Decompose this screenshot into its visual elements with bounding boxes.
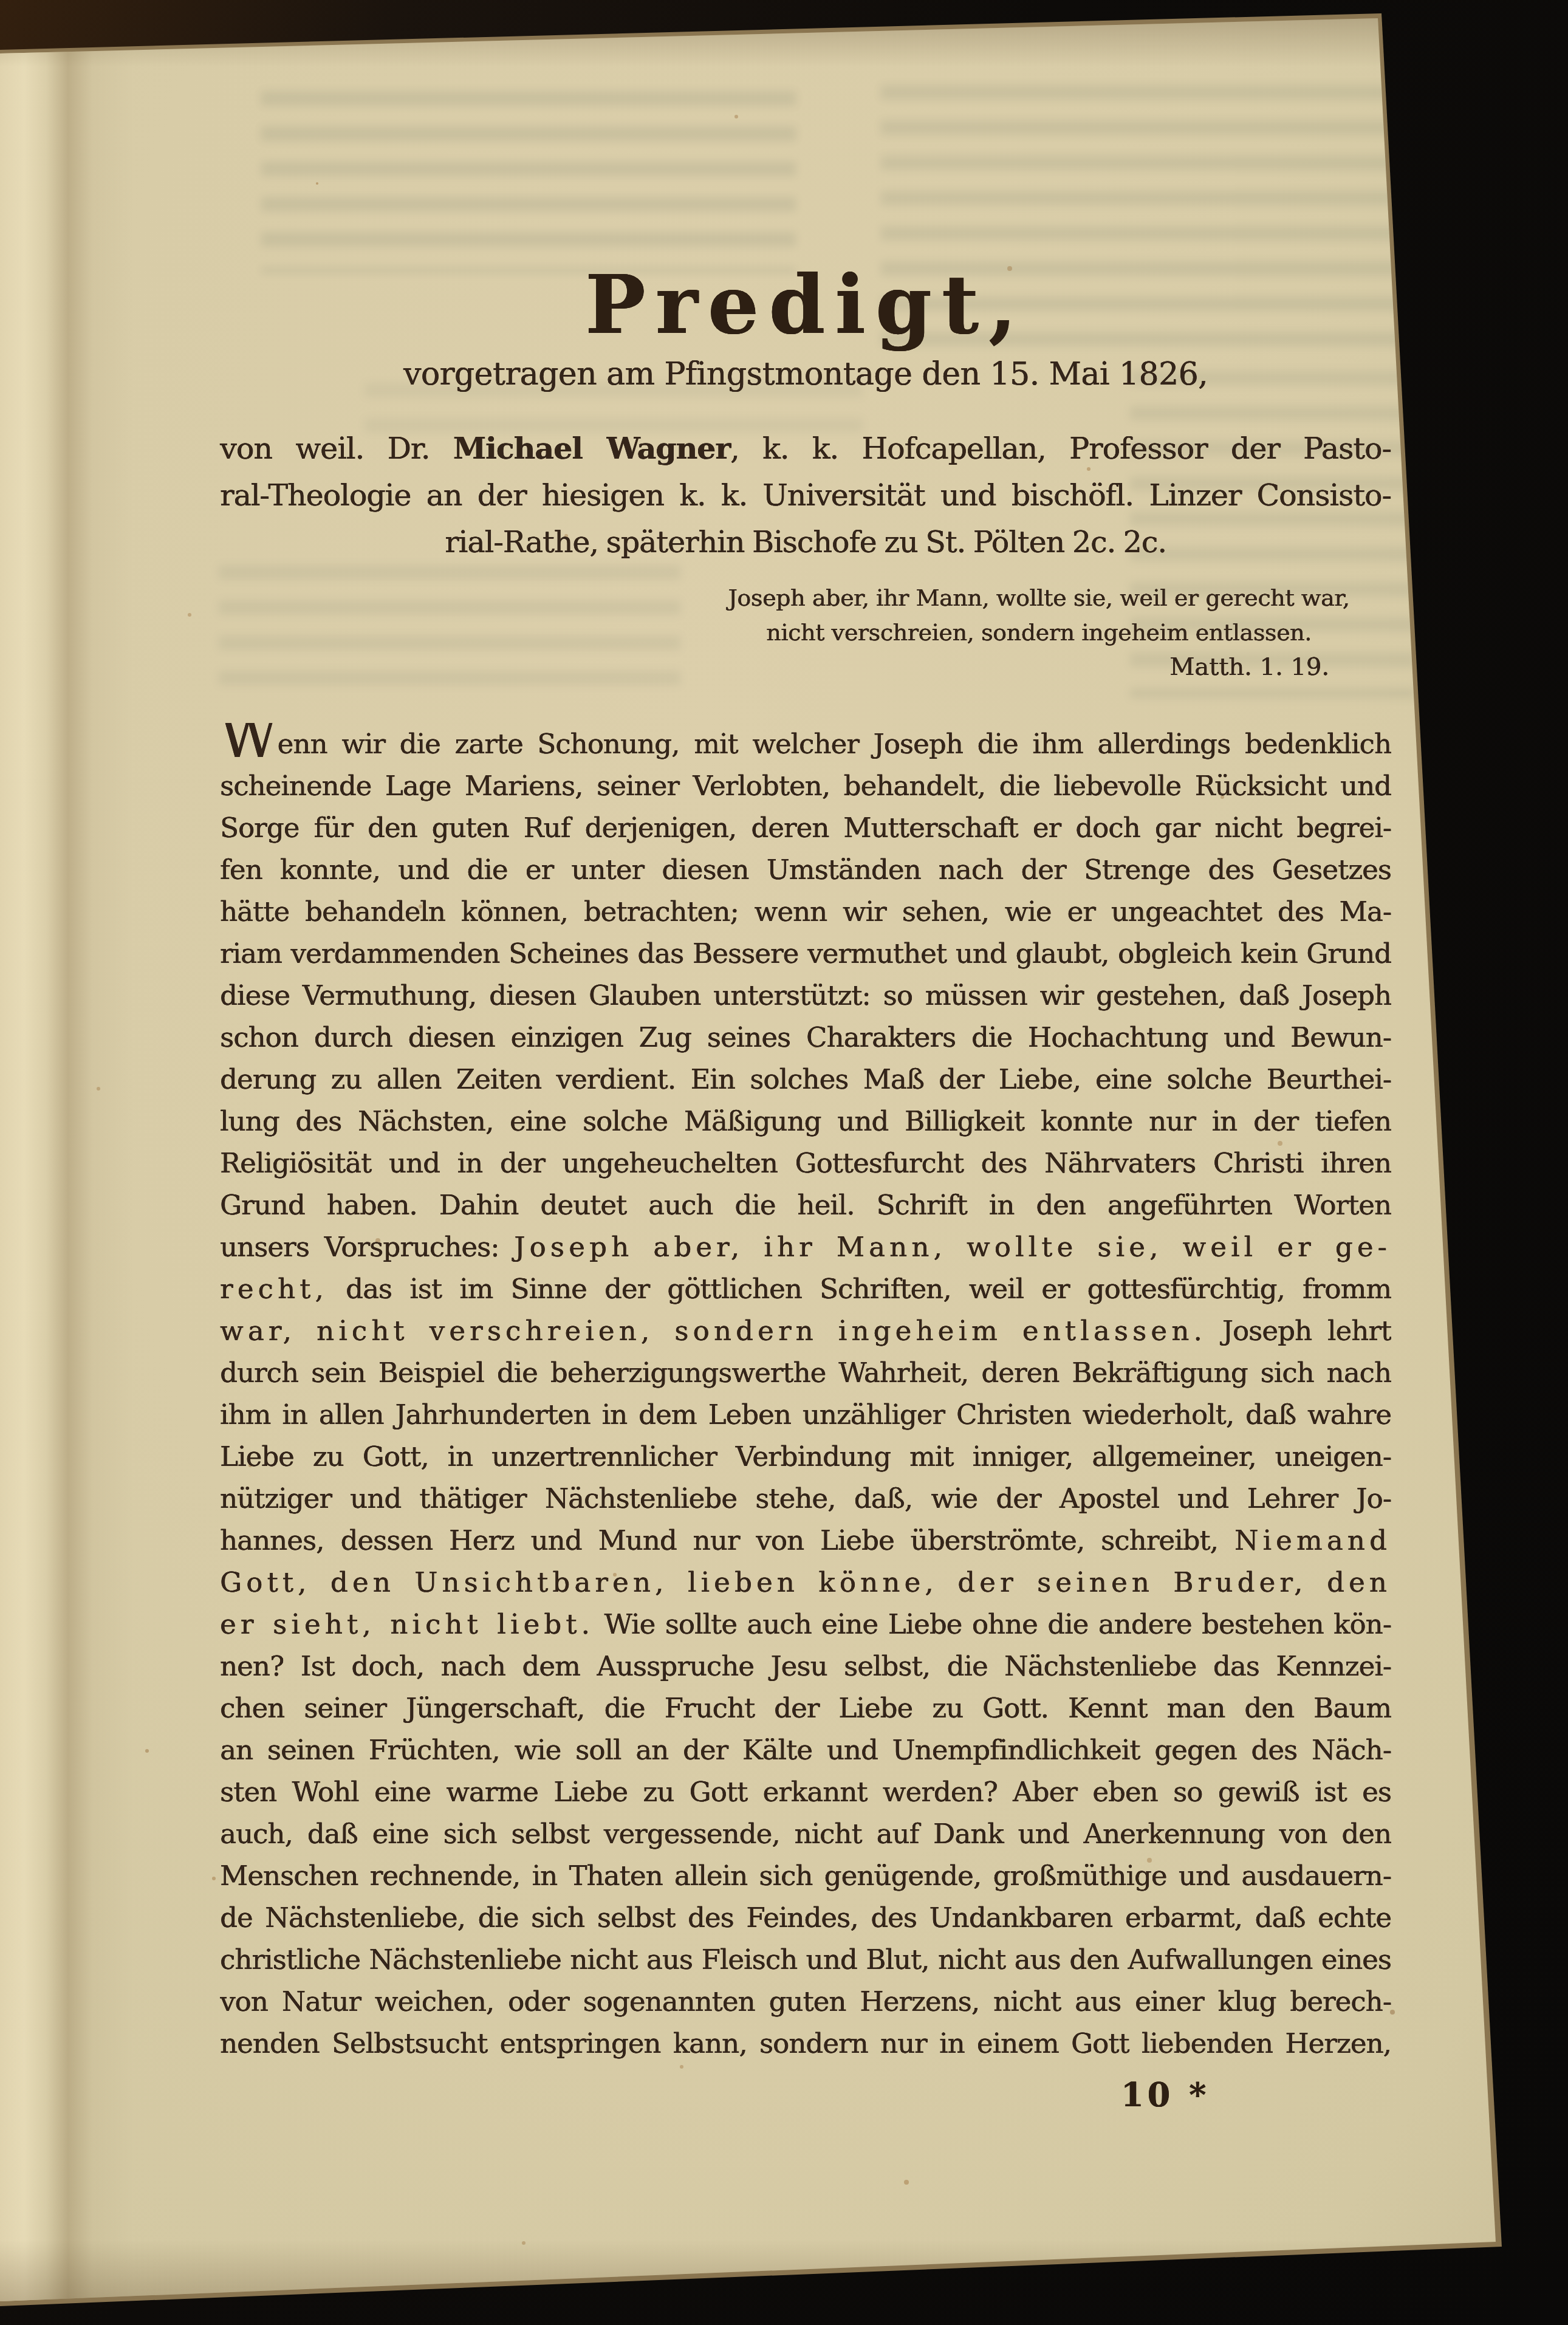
text-line: rial-Rathe, späterhin Bischofe zu St. Pö… <box>220 519 1391 566</box>
book-page: Predigt, vorgetragen am Pfingstmontage d… <box>0 0 1568 2325</box>
sermon-subtitle: vorgetragen am Pfingstmontage den 15. Ma… <box>220 355 1391 393</box>
text-line: ral-Theologie an der hiesigen k. k. Univ… <box>220 472 1391 519</box>
text-line: an seinen Früchten, wie soll an der Kält… <box>220 1729 1391 1771</box>
text-line: Joseph aber, ihr Mann, wollte sie, weil … <box>693 581 1385 615</box>
text-line: hätte behandeln können, betrachten; wenn… <box>220 891 1391 933</box>
text-line: von Natur weichen, oder sogenannten gute… <box>220 1981 1391 2022</box>
text-line: durch sein Beispiel die beherzigungswert… <box>220 1352 1391 1394</box>
signature-mark: 10 * <box>1121 2077 1210 2113</box>
bleedthrough-ghost-text <box>219 565 680 705</box>
text-line: Wenn wir die zarte Schonung, mit welcher… <box>220 723 1391 765</box>
text-line: Gott, den Unsichtbaren, lieben könne, de… <box>220 1561 1391 1603</box>
text-line: nen? Ist doch, nach dem Ausspruche Jesu … <box>220 1645 1391 1687</box>
scanned-book-photo: { "page": { "title": "Predigt,", "subtit… <box>0 0 1568 2325</box>
sermon-title: Predigt, <box>220 269 1391 341</box>
text-line: Grund haben. Dahin deutet auch die heil.… <box>220 1184 1391 1226</box>
text-line: diese Vermuthung, diesen Glauben unterst… <box>220 974 1391 1016</box>
epigraph-lines: Joseph aber, ihr Mann, wollte sie, weil … <box>693 581 1385 650</box>
text-line: war, nicht verschreien, sondern ingeheim… <box>220 1310 1391 1352</box>
binding-crease <box>0 24 146 2319</box>
text-line: Sorge für den guten Ruf derjenigen, dere… <box>220 807 1391 849</box>
body-text: Wenn wir die zarte Schonung, mit welcher… <box>220 723 1391 2064</box>
text-line: unsers Vorspruches: Joseph aber, ihr Man… <box>220 1226 1391 1268</box>
paper-specks <box>316 182 318 185</box>
text-line: de Nächstenliebe, die sich selbst des Fe… <box>220 1897 1391 1939</box>
text-line: er sieht, nicht liebt. Wie sollte auch e… <box>220 1603 1391 1645</box>
author-block: von weil. Dr. Michael Wagner, k. k. Hofc… <box>220 425 1391 566</box>
text-line: lung des Nächsten, eine solche Mäßigung … <box>220 1100 1391 1142</box>
text-line: sten Wohl eine warme Liebe zu Gott erkan… <box>220 1771 1391 1813</box>
bleedthrough-ghost-text <box>261 91 796 273</box>
text-line: scheinende Lage Mariens, seiner Verlobte… <box>220 765 1391 807</box>
text-line: riam verdammenden Scheines das Bessere v… <box>220 933 1391 974</box>
text-line: von weil. Dr. Michael Wagner, k. k. Hofc… <box>220 425 1391 472</box>
epigraph-citation: Matth. 1. 19. <box>693 650 1385 685</box>
text-line: derung zu allen Zeiten verdient. Ein sol… <box>220 1058 1391 1100</box>
text-line: Liebe zu Gott, in unzertrennlicher Verbi… <box>220 1436 1391 1478</box>
text-line: nütziger und thätiger Nächstenliebe steh… <box>220 1478 1391 1519</box>
text-line: Religiösität und in der ungeheuchelten G… <box>220 1142 1391 1184</box>
text-line: nenden Selbstsucht entspringen kann, son… <box>220 2022 1391 2064</box>
text-line: schon durch diesen einzigen Zug seines C… <box>220 1016 1391 1058</box>
text-line: Menschen rechnende, in Thaten allein sic… <box>220 1855 1391 1897</box>
text-line: auch, daß eine sich selbst vergessende, … <box>220 1813 1391 1855</box>
text-line: recht, das ist im Sinne der göttlichen S… <box>220 1268 1391 1310</box>
text-line: fen konnte, und die er unter diesen Umst… <box>220 849 1391 891</box>
text-line: hannes, dessen Herz und Mund nur von Lie… <box>220 1519 1391 1561</box>
text-line: christliche Nächstenliebe nicht aus Flei… <box>220 1939 1391 1981</box>
text-line: chen seiner Jüngerschaft, die Frucht der… <box>220 1687 1391 1729</box>
text-line: nicht verschreien, sondern ingeheim entl… <box>693 615 1385 650</box>
text-line: ihm in allen Jahrhunderten in dem Leben … <box>220 1394 1391 1436</box>
